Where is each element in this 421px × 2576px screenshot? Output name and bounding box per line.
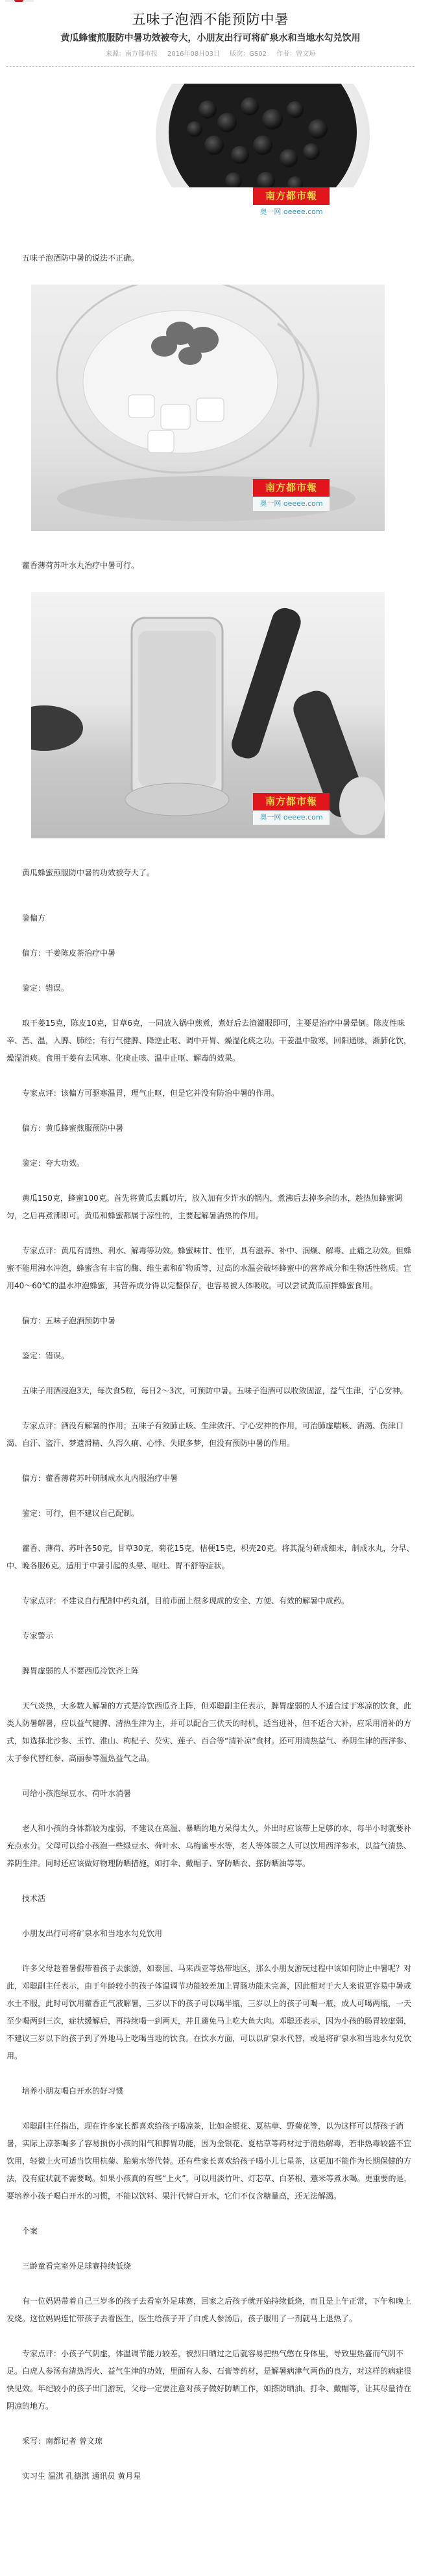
- image-schisandra: [0, 84, 421, 187]
- paragraph: 专家点评：不建议自行配制中药丸剂，目前市面上很多现成的安全、方便、有效的解暑中成…: [6, 1592, 415, 1610]
- section-heading: 个案: [6, 2223, 415, 2240]
- paragraph: 许多父母趁着暑假带着孩子去旅游，如泰国、马来西亚等热带地区，那么小朋友游玩过程中…: [6, 1960, 415, 2065]
- paragraph: 鉴定：夸大功效。: [6, 1155, 415, 1172]
- article-subtitle: 黄瓜蜂蜜煎服防中暑功效被夸大，小朋友出行可将矿泉水和当地水勾兑饮用: [0, 31, 421, 45]
- section-heading: 技术活: [6, 1890, 415, 1908]
- section-heading: 鉴偏方: [6, 910, 415, 927]
- watermark-badge: 南方都市報 奥一网 oeeee.com: [253, 479, 330, 511]
- meta-edition: 版次：GS02: [230, 51, 267, 58]
- paragraph: 偏方：黄瓜蜂蜜煎服预防中暑: [6, 1120, 415, 1137]
- paragraph: 专家点评：该偏方可驱寒温胃，理气止呕，但是它并没有防治中暑的作用。: [6, 1085, 415, 1102]
- watermark-badge: 南方都市報 奥一网 oeeee.com: [253, 187, 330, 219]
- paragraph: 藿香、薄荷、苏叶各50克，甘草30克，菊花15克，桔梗15克，枳壳20克。将其混…: [6, 1540, 415, 1575]
- image-caption: 五味子泡酒防中暑的说法不正确。: [6, 250, 415, 267]
- watermark-badge: 南方都市報 奥一网 oeeee.com: [253, 793, 330, 825]
- meta-date: 2016年08月03日: [167, 51, 220, 58]
- image-caption: 黄瓜蜂蜜煎服防中暑的功效被夸大了。: [6, 864, 415, 882]
- paragraph: 鉴定：错误。: [6, 1347, 415, 1365]
- paragraph: 有一位妈妈带着自己三岁多的孩子去看室外足球赛，回家之后孩子就开始持续低烧，而且是…: [6, 2293, 415, 2328]
- subheading: 三龄童看完室外足球赛持续低烧: [6, 2258, 415, 2275]
- image-mint-water: 南方都市報 奥一网 oeeee.com: [0, 285, 421, 531]
- image-cucumber-honey: 南方都市報 奥一网 oeeee.com: [0, 592, 421, 838]
- header-divider: [6, 66, 415, 67]
- article-meta: 来源：南方都市报 2016年08月03日 版次：GS02 作者：曾文琼: [0, 45, 421, 66]
- image-schisandra-lower: 南方都市報 奥一网 oeeee.com: [0, 187, 421, 239]
- paragraph: 老人和小孩的身体都较为虚弱，不建议在高温、暴晒的地方呆得太久，外出时应该带上足够…: [6, 1820, 415, 1873]
- paragraph: 鉴定：错误。: [6, 980, 415, 997]
- meta-author: 作者：曾文琼: [276, 51, 315, 58]
- section-heading: 专家警示: [6, 1627, 415, 1645]
- paragraph: 邓聪副主任指出，现在许多家长都喜欢给孩子喝凉茶，比如金银花、夏枯草、野菊花等，以…: [6, 2118, 415, 2205]
- schisandra-illustration: [0, 84, 421, 187]
- paragraph: 偏方：五味子泡酒预防中暑: [6, 1312, 415, 1330]
- byline-contributors: 实习生 温淇 孔德淇 通讯员 黄月星: [6, 2468, 415, 2485]
- paragraph: 取干姜15克，陈皮10克，甘草6克，一同放入锅中煎煮，煮好后去渣灌服即可，主要是…: [6, 1015, 415, 1067]
- article-page: 五味子泡酒不能预防中暑 黄瓜蜂蜜煎服防中暑功效被夸大，小朋友出行可将矿泉水和当地…: [0, 0, 421, 2485]
- article-body: 黄瓜蜂蜜煎服防中暑的功效被夸大了。 鉴偏方 偏方：干姜陈皮茶治疗中暑 鉴定：错误…: [0, 864, 421, 2485]
- subheading: 脾胃虚弱的人不要西瓜冷饮齐上阵: [6, 1662, 415, 1680]
- paragraph: 专家点评：黄瓜有清热、利水、解毒等功效。蜂蜜味甘、性平，具有滋养、补中、润燥、解…: [6, 1242, 415, 1295]
- cucumber-honey-illustration: [31, 592, 385, 838]
- paragraph: 偏方：藿香薄荷苏叶研制成水丸内服治疗中暑: [6, 1470, 415, 1487]
- subheading: 培养小朋友喝白开水的好习惯: [6, 2083, 415, 2100]
- paragraph: 五味子用酒浸泡3天，每次食5粒，每日2～3次，可预防中暑。五味子泡酒可以收敛固涩…: [6, 1382, 415, 1400]
- subheading: 可给小孩泡绿豆水、荷叶水消暑: [6, 1785, 415, 1802]
- paragraph: 偏方：干姜陈皮茶治疗中暑: [6, 945, 415, 962]
- image-caption: 藿香薄荷苏叶水丸治疗中暑可行。: [6, 557, 415, 574]
- mint-water-illustration: [31, 285, 385, 531]
- paragraph: 专家点评：酒没有解暑的作用；五味子有敛肺止咳、生津敛汗、宁心安神的作用，可治肺虚…: [6, 1417, 415, 1452]
- paragraph: 专家点评：小孩子气阴虚，体温调节能力较差，被烈日晒过之后就容易把热气憋在身体里，…: [6, 2345, 415, 2415]
- byline-reporter: 采写：南都记者 曾文琼: [6, 2433, 415, 2450]
- paragraph: 黄瓜150克，蜂蜜100克。首先将黄瓜去瓤切片，放入加有少许水的锅内，煮沸后去掉…: [6, 1190, 415, 1225]
- article-title: 五味子泡酒不能预防中暑: [0, 0, 421, 31]
- paragraph: 鉴定：可行，但不建议自己配制。: [6, 1505, 415, 1522]
- site-logo-fragment: [5, 0, 34, 2]
- paragraph: 天气炎热，大多数人解暑的方式是冷饮西瓜齐上阵，但邓聪副主任表示，脾胃虚弱的人不适…: [6, 1697, 415, 1767]
- subheading: 小朋友出行可将矿泉水和当地水勾兑饮用: [6, 1925, 415, 1943]
- meta-source: 来源：南方都市报: [106, 51, 158, 58]
